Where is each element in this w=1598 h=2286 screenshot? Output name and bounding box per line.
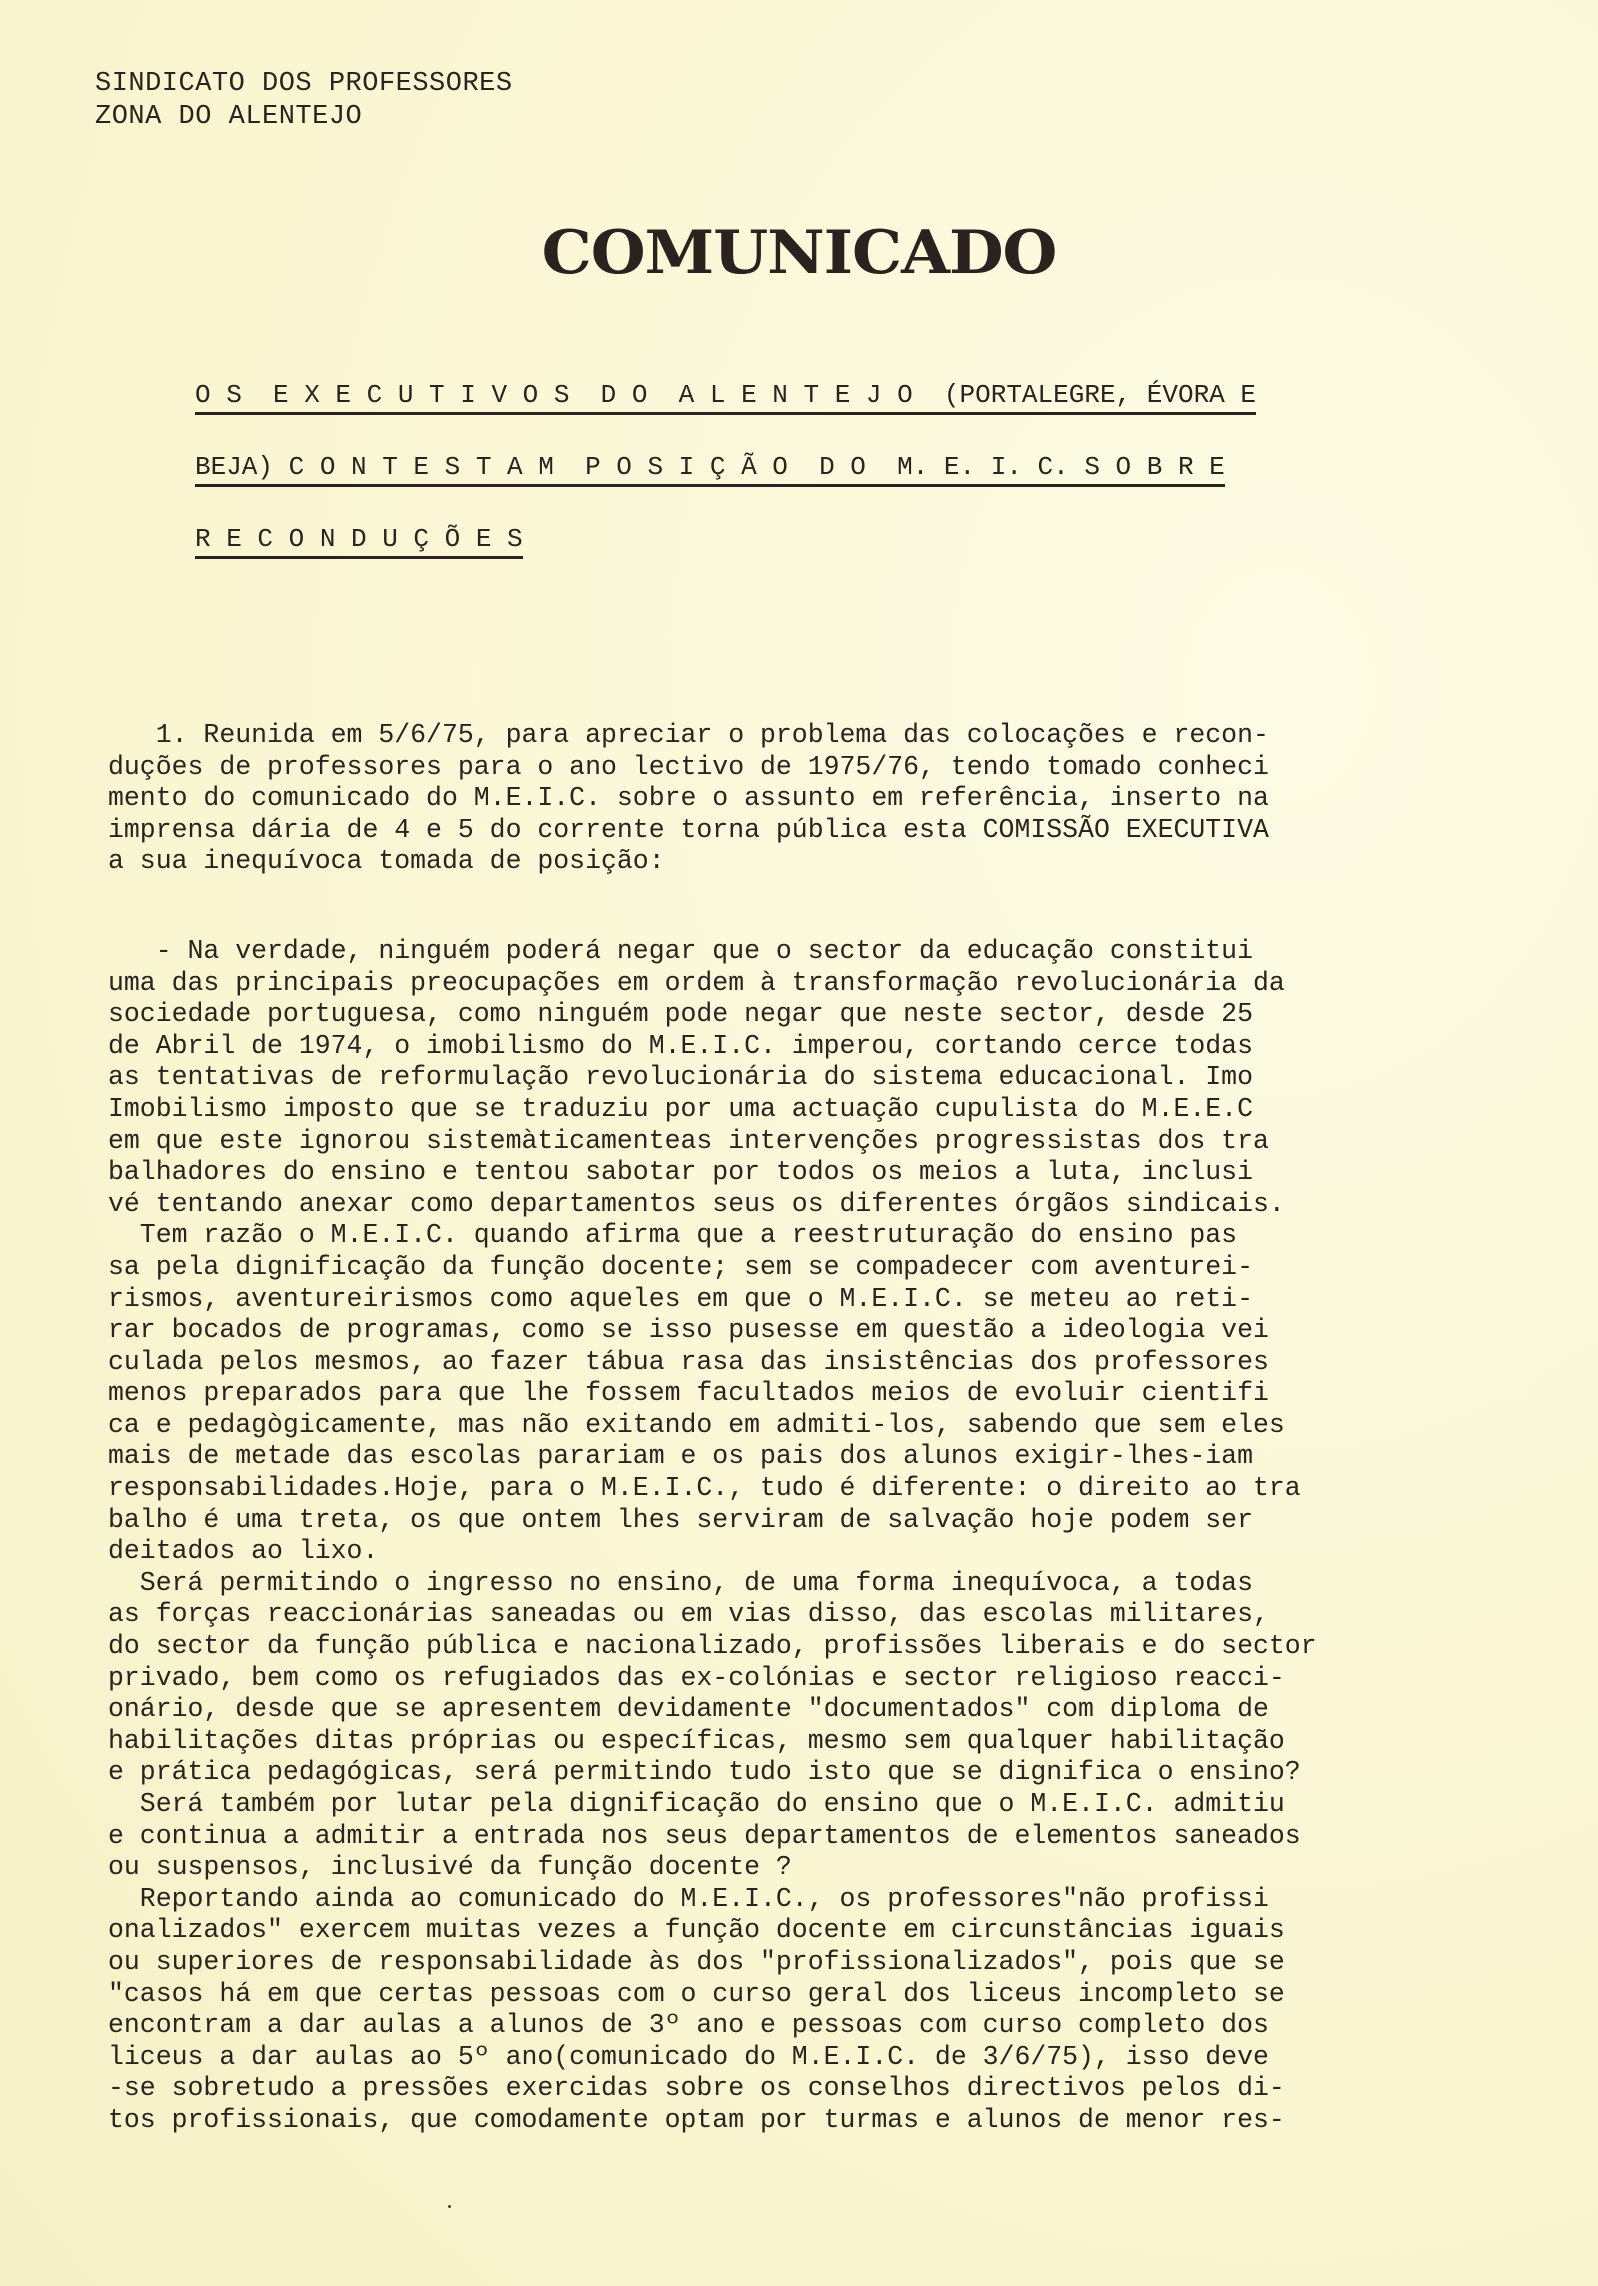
text-line: responsabilidades.Hoje, para o M.E.I.C.,… [108, 1473, 1548, 1505]
paragraph-gap [108, 878, 1548, 936]
document-body: 1. Reunida em 5/6/75, para apreciar o pr… [108, 720, 1548, 2137]
text-line: rar bocados de programas, como se isso p… [108, 1315, 1548, 1347]
paragraph-2: - Na verdade, ninguém poderá negar que o… [108, 936, 1548, 2137]
document-title: COMUNICADO [0, 218, 1598, 288]
text-line: habilitações ditas próprias ou específic… [108, 1726, 1548, 1758]
paper-speck [448, 2205, 451, 2208]
text-line: "casos há em que certas pessoas com o cu… [108, 1979, 1548, 2011]
text-line: balhadores do ensino e tentou sabotar po… [108, 1157, 1548, 1189]
text-line: ou suspensos, inclusivé da função docent… [108, 1852, 1548, 1884]
text-line: Imobilismo imposto que se traduziu por u… [108, 1094, 1548, 1126]
text-line: Será permitindo o ingresso no ensino, de… [108, 1568, 1548, 1600]
text-line: em que este ignorou sistemàticamenteas i… [108, 1126, 1548, 1158]
text-line: duções de professores para o ano lectivo… [108, 752, 1548, 784]
text-line: e prática pedagógicas, será permitindo t… [108, 1757, 1548, 1789]
text-line: rismos, aventureirismos como aqueles em … [108, 1284, 1548, 1316]
text-line: tos profissionais, que comodamente optam… [108, 2105, 1548, 2137]
text-line: sa pela dignificação da função docente; … [108, 1252, 1548, 1284]
text-line: - Na verdade, ninguém poderá negar que o… [108, 936, 1548, 968]
text-line: uma das principais preocupações em ordem… [108, 968, 1548, 1000]
text-line: 1. Reunida em 5/6/75, para apreciar o pr… [108, 720, 1548, 752]
text-line: balho é uma treta, os que ontem lhes ser… [108, 1505, 1548, 1537]
text-line: de Abril de 1974, o imobilismo do M.E.I.… [108, 1031, 1548, 1063]
text-line: ca e pedagògicamente, mas não exitando e… [108, 1410, 1548, 1442]
text-line: onalizados" exercem muitas vezes a funçã… [108, 1915, 1548, 1947]
heading-line: R E C O N D U Ç Õ E S [195, 524, 1485, 596]
text-line: as forças reaccionárias saneadas ou em v… [108, 1599, 1548, 1631]
text-line: as tentativas de reformulação revolucion… [108, 1062, 1548, 1094]
text-line: imprensa dária de 4 e 5 do corrente torn… [108, 815, 1548, 847]
text-line: culada pelos mesmos, ao fazer tábua rasa… [108, 1347, 1548, 1379]
text-line: liceus a dar aulas ao 5º ano(comunicado … [108, 2042, 1548, 2074]
text-line: mento do comunicado do M.E.I.C. sobre o … [108, 783, 1548, 815]
document-heading: O S E X E C U T I V O S D O A L E N T E … [195, 380, 1485, 596]
text-line: menos preparados para que lhe fossem fac… [108, 1378, 1548, 1410]
paragraph-1: 1. Reunida em 5/6/75, para apreciar o pr… [108, 720, 1548, 878]
text-line: a sua inequívoca tomada de posição: [108, 846, 1548, 878]
heading-line: O S E X E C U T I V O S D O A L E N T E … [195, 380, 1485, 452]
text-line: encontram a dar aulas a alunos de 3º ano… [108, 2010, 1548, 2042]
text-line: privado, bem como os refugiados das ex-c… [108, 1663, 1548, 1695]
text-line: vé tentando anexar como departamentos se… [108, 1189, 1548, 1221]
text-line: ou superiores de responsabilidade às dos… [108, 1947, 1548, 1979]
text-line: Tem razão o M.E.I.C. quando afirma que a… [108, 1220, 1548, 1252]
text-line: do sector da função pública e nacionaliz… [108, 1631, 1548, 1663]
letterhead: SINDICATO DOS PROFESSORES ZONA DO ALENTE… [95, 68, 513, 134]
text-line: e continua a admitir a entrada nos seus … [108, 1821, 1548, 1853]
text-line: Reportando ainda ao comunicado do M.E.I.… [108, 1884, 1548, 1916]
letterhead-union-name: SINDICATO DOS PROFESSORES [95, 68, 513, 101]
text-line: sociedade portuguesa, como ninguém pode … [108, 999, 1548, 1031]
letterhead-zone: ZONA DO ALENTEJO [95, 101, 513, 134]
heading-line: BEJA) C O N T E S T A M P O S I Ç Ã O D … [195, 452, 1485, 524]
text-line: Será também por lutar pela dignificação … [108, 1789, 1548, 1821]
text-line: mais de metade das escolas parariam e os… [108, 1441, 1548, 1473]
text-line: -se sobretudo a pressões exercidas sobre… [108, 2073, 1548, 2105]
text-line: onário, desde que se apresentem devidame… [108, 1694, 1548, 1726]
text-line: deitados ao lixo. [108, 1536, 1548, 1568]
